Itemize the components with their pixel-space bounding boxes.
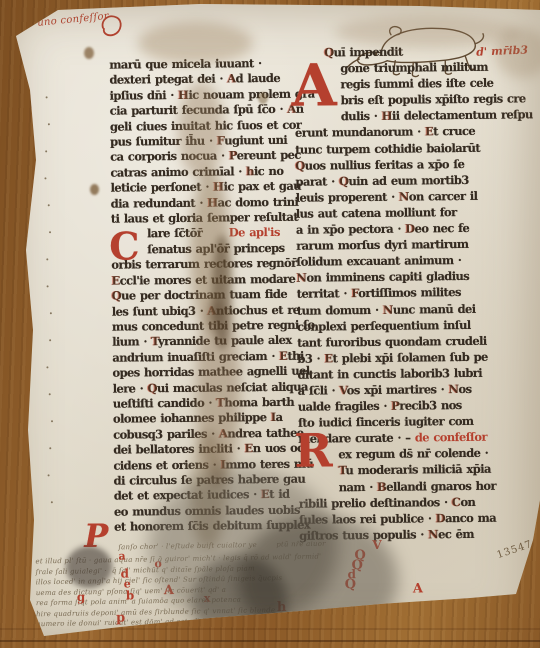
initial-R-confessor: R [294,430,333,472]
lombard-letter: a [118,551,125,562]
lombard-letter: o [154,558,161,569]
lombard-letter: x [204,593,211,604]
marginal-gloss-line: illos loced' in angl'a hij ciel' ſic oſt… [36,574,283,586]
pricking-hole [51,501,53,503]
lombard-letter: V [372,539,381,551]
text-line: giſtros tuus populis · Nec ēm [299,525,540,544]
lombard-letter: p [116,612,125,625]
pricking-hole [46,258,48,260]
lombard-letter: h [277,601,287,614]
pricking-hole [46,285,48,287]
initial-C-apostles: C [109,229,140,264]
lombard-letter: A [164,584,174,597]
pricking-hole [50,312,52,314]
pricking-hole [51,420,53,422]
pricking-hole [49,231,51,233]
text-column-left: marū que micela iuuant ·dexteri ptegat d… [109,56,300,536]
page-content: de uno confeſſor d' mr̄ib3 [0,0,540,648]
pricking-hole [45,177,47,179]
initial-P-gloss: P [84,522,108,551]
pricking-hole [46,150,48,152]
pricking-hole [48,123,50,125]
lombard-letter: A [413,582,423,595]
initial-A-martyrs: A [291,59,337,112]
pricking-hole [48,474,50,476]
pricking-hole [48,393,50,395]
lombard-letter: Q [345,578,356,591]
pricking-hole [46,366,48,368]
pricking-hole [46,96,48,98]
manuscript-photo: de uno confeſſor d' mr̄ib3 [0,0,540,648]
red-flourish-icon [95,12,125,40]
lombard-letter: g [77,591,86,603]
marginal-gloss-line: et illud pl' ſtū · gaua aqua nr̄e ſi q̄ … [35,552,321,565]
parchment-sheet: de uno confeſſor d' mr̄ib3 [0,0,540,648]
text-line: et honorem ſc̄is debitum ſupplex [114,518,300,535]
pricking-hole [49,447,51,449]
marginal-gloss-line: ſrale ſali guialegi' · q̄ ſal' michūt q'… [36,564,255,576]
lombard-letter: b [126,589,135,601]
pricking-hole [48,204,50,206]
marginal-gloss-line: ſanſo chor' · l'eſtude buiſt cuialtor ye… [118,540,325,552]
wood-seam [0,640,540,642]
pricking-hole [49,339,51,341]
